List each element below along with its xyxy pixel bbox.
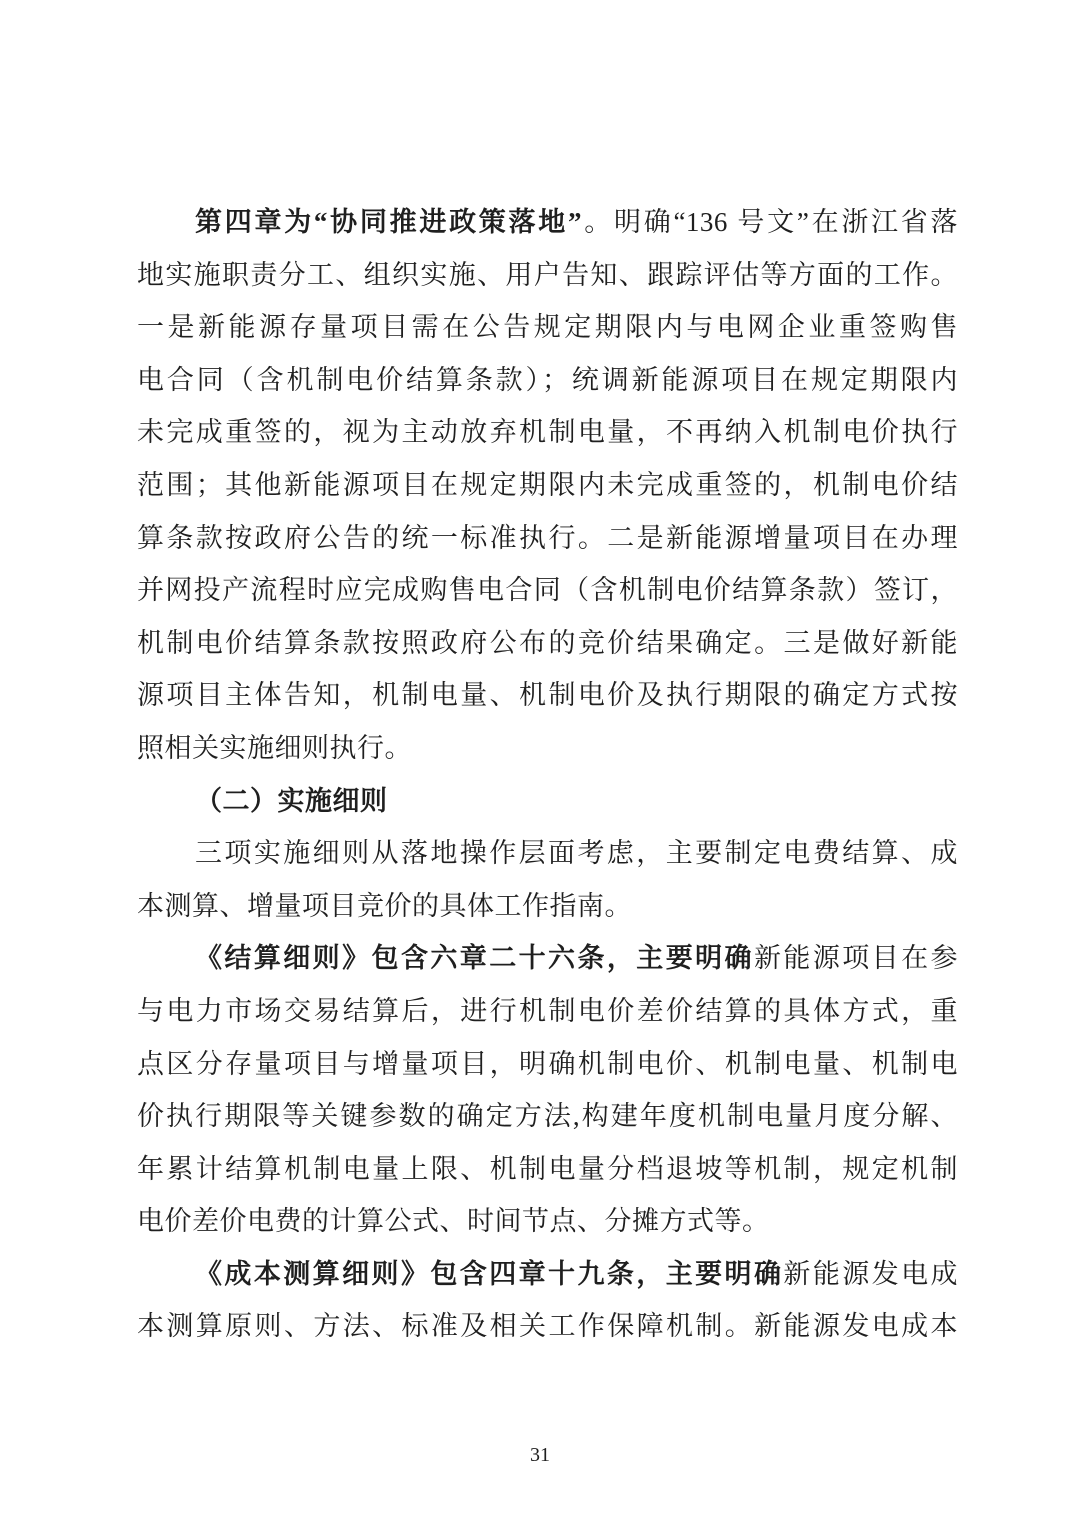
- text-segment: 与电力市场交易结算后，进行机制电价差价结算的具体方式，重: [137, 996, 958, 1026]
- text-line: 与电力市场交易结算后，进行机制电价差价结算的具体方式，重: [137, 985, 958, 1038]
- text-line: 一是新能源存量项目需在公告规定期限内与电网企业重签购售: [137, 301, 958, 354]
- text-line: 源项目主体告知，机制电量、机制电价及执行期限的确定方式按: [137, 669, 958, 722]
- text-line: 照相关实施细则执行。: [137, 722, 958, 775]
- text-segment: 《结算细则》包含六章二十六条，主要明确: [195, 943, 754, 973]
- document-page: 第四章为“协同推进政策落地”。明确“136 号文”在浙江省落地实施职责分工、组织…: [0, 0, 1080, 1527]
- text-line: 电合同（含机制电价结算条款）；统调新能源项目在规定期限内: [137, 354, 958, 407]
- text-segment: 年累计结算机制电量上限、机制电量分档退坡等机制，规定机制: [137, 1154, 958, 1184]
- text-segment: 并网投产流程时应完成购售电合同（含机制电价结算条款）签订，: [137, 575, 958, 605]
- text-segment: 本测算、增量项目竞价的具体工作指南。: [137, 891, 632, 921]
- text-segment: （二）实施细则: [195, 786, 388, 816]
- text-segment: 新能源发电成: [783, 1259, 958, 1289]
- text-segment: 本测算原则、方法、标准及相关工作保障机制。新能源发电成本: [137, 1311, 958, 1341]
- text-segment: 《成本测算细则》包含四章十九条，主要明确: [195, 1259, 783, 1289]
- text-segment: 电合同（含机制电价结算条款）；统调新能源项目在规定期限内: [137, 365, 958, 395]
- text-segment: 范围；其他新能源项目在规定期限内未完成重签的，机制电价结: [137, 470, 958, 500]
- text-line: 算条款按政府公告的统一标准执行。二是新能源增量项目在办理: [137, 512, 958, 565]
- text-line: 三项实施细则从落地操作层面考虑，主要制定电费结算、成: [137, 827, 958, 880]
- text-segment: 地实施职责分工、组织实施、用户告知、跟踪评估等方面的工作。: [137, 260, 958, 290]
- text-line: 《成本测算细则》包含四章十九条，主要明确新能源发电成: [137, 1248, 958, 1301]
- text-segment: 。明确“136 号文”在浙江省落: [582, 207, 958, 237]
- text-line: 本测算、增量项目竞价的具体工作指南。: [137, 880, 958, 933]
- text-segment: 未完成重签的，视为主动放弃机制电量，不再纳入机制电价执行: [137, 417, 958, 447]
- text-segment: 算条款按政府公告的统一标准执行。二是新能源增量项目在办理: [137, 523, 958, 553]
- text-line: 点区分存量项目与增量项目，明确机制电价、机制电量、机制电: [137, 1038, 958, 1091]
- text-segment: 价执行期限等关键参数的确定方法,构建年度机制电量月度分解、: [137, 1101, 958, 1131]
- page-number: 31: [530, 1444, 550, 1466]
- text-segment: 点区分存量项目与增量项目，明确机制电价、机制电量、机制电: [137, 1049, 958, 1079]
- text-segment: 三项实施细则从落地操作层面考虑，主要制定电费结算、成: [195, 838, 958, 868]
- text-line: 本测算原则、方法、标准及相关工作保障机制。新能源发电成本: [137, 1300, 958, 1353]
- text-line: 价执行期限等关键参数的确定方法,构建年度机制电量月度分解、: [137, 1090, 958, 1143]
- text-segment: 一是新能源存量项目需在公告规定期限内与电网企业重签购售: [137, 312, 958, 342]
- text-line: 机制电价结算条款按照政府公布的竞价结果确定。三是做好新能: [137, 617, 958, 670]
- text-segment: 照相关实施细则执行。: [137, 733, 412, 763]
- text-line: 电价差价电费的计算公式、时间节点、分摊方式等。: [137, 1195, 958, 1248]
- page-footer: 31: [0, 1443, 1080, 1467]
- document-text-block: 第四章为“协同推进政策落地”。明确“136 号文”在浙江省落地实施职责分工、组织…: [137, 196, 958, 1353]
- text-line: 《结算细则》包含六章二十六条，主要明确新能源项目在参: [137, 932, 958, 985]
- text-line: 第四章为“协同推进政策落地”。明确“136 号文”在浙江省落: [137, 196, 958, 249]
- text-line: 年累计结算机制电量上限、机制电量分档退坡等机制，规定机制: [137, 1143, 958, 1196]
- text-line: 并网投产流程时应完成购售电合同（含机制电价结算条款）签订，: [137, 564, 958, 617]
- text-line: 未完成重签的，视为主动放弃机制电量，不再纳入机制电价执行: [137, 406, 958, 459]
- text-line: 地实施职责分工、组织实施、用户告知、跟踪评估等方面的工作。: [137, 249, 958, 302]
- text-segment: 第四章为“协同推进政策落地”: [195, 207, 582, 237]
- section-heading: （二）实施细则: [137, 775, 958, 828]
- text-segment: 电价差价电费的计算公式、时间节点、分摊方式等。: [137, 1206, 770, 1236]
- text-segment: 源项目主体告知，机制电量、机制电价及执行期限的确定方式按: [137, 680, 958, 710]
- text-segment: 新能源项目在参: [754, 943, 958, 973]
- text-line: 范围；其他新能源项目在规定期限内未完成重签的，机制电价结: [137, 459, 958, 512]
- text-segment: 机制电价结算条款按照政府公布的竞价结果确定。三是做好新能: [137, 628, 958, 658]
